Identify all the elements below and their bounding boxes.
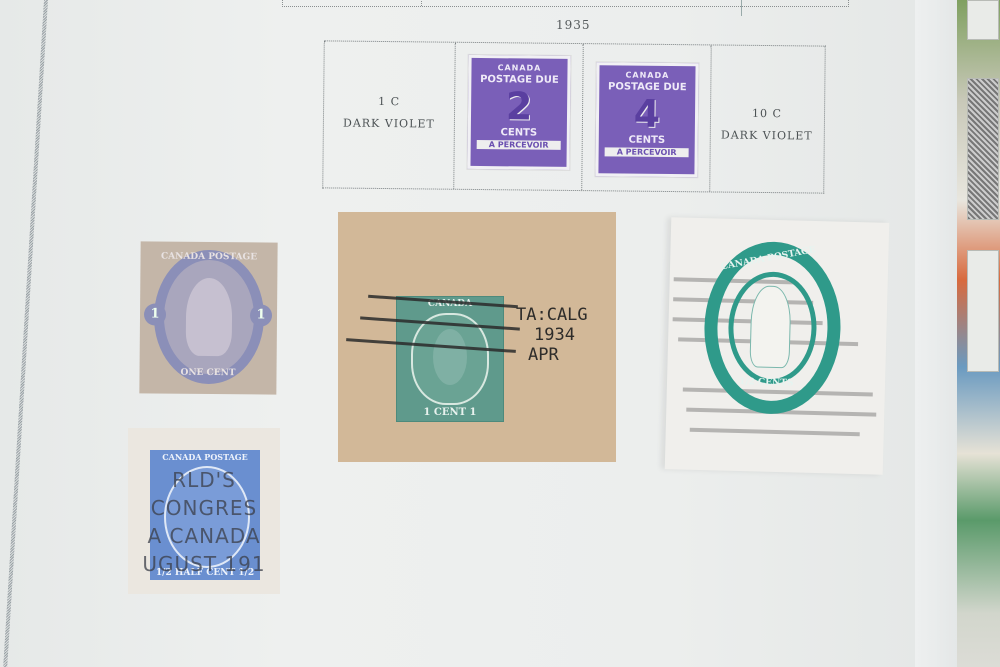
green-one-cent-indicium: CANADA 1 CENT 1 [396, 296, 504, 422]
stamp-french-text: A PERCEVOIR [605, 147, 689, 157]
section-year: 1935 [556, 18, 591, 32]
postmark-line: 1934 [534, 326, 575, 344]
stamp-bottom-text: 1 CENT 1 [397, 407, 503, 418]
page-border-line [3, 0, 48, 667]
stamp-numeral: 4 [599, 92, 695, 135]
stamp-space-value: 1 C [324, 91, 454, 112]
stamp-top-text: CANADA POSTAGE [150, 452, 260, 462]
stamp-space-mounted-4c: CANADA POSTAGE DUE 4 CENTS A PERCEVOIR [581, 44, 712, 191]
george-v-cover-cut: CANADA 1 CENT 1 TA:CALG 1934 APR [338, 212, 616, 462]
postmark-line: RLD'S [128, 468, 280, 492]
cancel-smudge [690, 428, 860, 436]
stamp-space-mounted-2c: CANADA POSTAGE DUE 2 CENTS A PERCEVOIR [453, 43, 584, 190]
album-page: 1935 1 C DARK VIOLET CANADA POSTAGE DUE … [0, 0, 955, 667]
stamp-grid-row: 1 C DARK VIOLET CANADA POSTAGE DUE 2 CEN… [322, 40, 826, 193]
postmark-line: A CANADA [128, 524, 280, 548]
stamp-country: CANADA [599, 70, 695, 80]
stamp-space-1c: 1 C DARK VIOLET [323, 41, 456, 188]
stamp-space-color: DARK VIOLET [710, 125, 824, 146]
adjacent-page-tile [967, 250, 999, 372]
postmark-line: TA:CALG [516, 306, 588, 324]
stamp-space-value: 10 C [710, 103, 824, 124]
postage-due-stamp-2c: CANADA POSTAGE DUE 2 CENTS A PERCEVOIR [467, 55, 570, 170]
stamp-denomination: CENTS [471, 127, 567, 139]
stamp-oval-frame [153, 250, 264, 385]
stamp-top-text: CANADA POSTAGE [140, 251, 277, 262]
postmark-line: UGUST 191 [128, 552, 280, 576]
box-divider [421, 0, 422, 6]
adjacent-album-pages [957, 0, 1000, 667]
postmark-line: CONGRES [128, 496, 280, 520]
adjacent-page-tile [967, 0, 999, 40]
green-envelope-cut: CANADA POSTAGE 1/2 CENTS [665, 217, 890, 475]
stamp-numeral: 2 [471, 85, 567, 128]
stamp-country: CANADA [471, 63, 567, 73]
box-divider [741, 0, 742, 16]
portrait [186, 278, 233, 356]
stamp-denomination: CENTS [599, 134, 695, 146]
portrait [749, 285, 791, 368]
postage-due-stamp-4c: CANADA POSTAGE DUE 4 CENTS A PERCEVOIR [595, 62, 698, 177]
postmark-line: APR [528, 346, 559, 364]
page-edge [915, 0, 958, 667]
stamp-space-10c: 10 C DARK VIOLET [709, 45, 825, 192]
stamp-french-text: A PERCEVOIR [477, 140, 561, 150]
stamp-space-color: DARK VIOLET [324, 113, 454, 134]
portrait [433, 329, 467, 385]
stamp-bottom-text: 1/2 CENTS [739, 377, 794, 388]
half-cent-blue-stamp: CANADA POSTAGE 1/2 HALF CENT 1/2 RLD'S C… [128, 428, 280, 594]
previous-row-box [282, 0, 849, 7]
numeral-left: 1 [144, 303, 166, 325]
adjacent-stamp [967, 78, 999, 220]
queen-victoria-stamp: 1 1 CANADA POSTAGE ONE CENT [139, 241, 277, 394]
numeral-right: 1 [250, 304, 272, 326]
stamp-bottom-text: ONE CENT [139, 367, 276, 378]
